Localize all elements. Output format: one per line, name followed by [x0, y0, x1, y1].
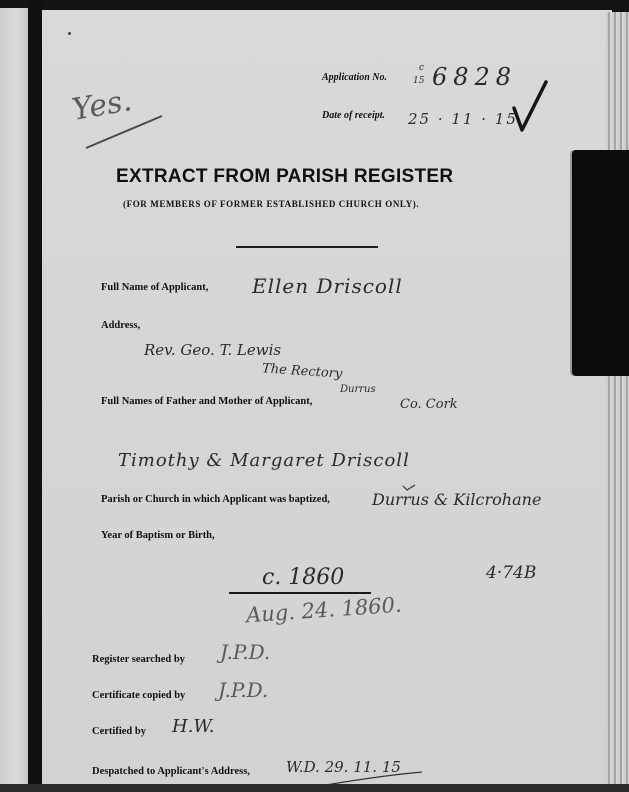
register-searched-label: Register searched by	[92, 654, 185, 665]
application-no-prefix-bottom: 15	[413, 76, 424, 86]
address-line-3: Durrus	[340, 384, 376, 395]
page-stack-edge	[606, 12, 629, 792]
date-of-receipt-value: 25 · 11 · 15	[408, 110, 518, 128]
page-title: EXTRACT FROM PARISH REGISTER	[116, 166, 453, 188]
parish-value: Durrus & Kilcrohane	[372, 490, 541, 509]
scan-top-edge	[0, 0, 629, 10]
certified-label: Certified by	[92, 726, 146, 737]
full-name-value: Ellen Driscoll	[252, 274, 403, 298]
reference-code: 4·74B	[486, 563, 536, 583]
viewer-bottom-bar	[0, 784, 629, 792]
application-no-value: 6828	[432, 63, 517, 91]
certificate-copied-value: J.P.D.	[218, 678, 268, 702]
certified-value: H.W.	[172, 716, 215, 737]
check-mark-icon	[510, 78, 550, 138]
parish-tick-icon	[402, 484, 416, 492]
document-viewer: Yes. Application No. c 15 6828 Date of r…	[0, 0, 629, 792]
facing-page-edge	[0, 8, 28, 792]
full-name-label: Full Name of Applicant,	[101, 282, 208, 293]
binding-tab	[572, 150, 629, 376]
address-line-1: Rev. Geo. T. Lewis	[144, 341, 281, 359]
margin-note-underline	[84, 112, 184, 152]
address-label: Address,	[101, 320, 140, 331]
register-searched-value: J.P.D.	[220, 640, 270, 664]
address-line-4: Co. Cork	[400, 397, 458, 412]
page-subtitle: (FOR MEMBERS OF FORMER ESTABLISHED CHURC…	[123, 199, 419, 209]
paper-speck	[68, 32, 71, 35]
despatched-label: Despatched to Applicant's Address,	[92, 766, 250, 777]
year-underline	[229, 592, 371, 594]
year-value: c. 1860	[262, 565, 344, 590]
certificate-copied-label: Certificate copied by	[92, 690, 185, 701]
year-label: Year of Baptism or Birth,	[101, 530, 215, 541]
parish-label: Parish or Church in which Applicant was …	[101, 494, 330, 505]
application-no-label: Application No.	[322, 72, 387, 83]
parents-value: Timothy & Margaret Driscoll	[118, 450, 410, 471]
title-divider	[236, 246, 378, 248]
binding-gutter	[28, 0, 42, 792]
date-of-receipt-label: Date of receipt.	[322, 110, 385, 121]
application-no-prefix-top: c	[419, 63, 424, 73]
parents-label: Full Names of Father and Mother of Appli…	[101, 396, 312, 407]
